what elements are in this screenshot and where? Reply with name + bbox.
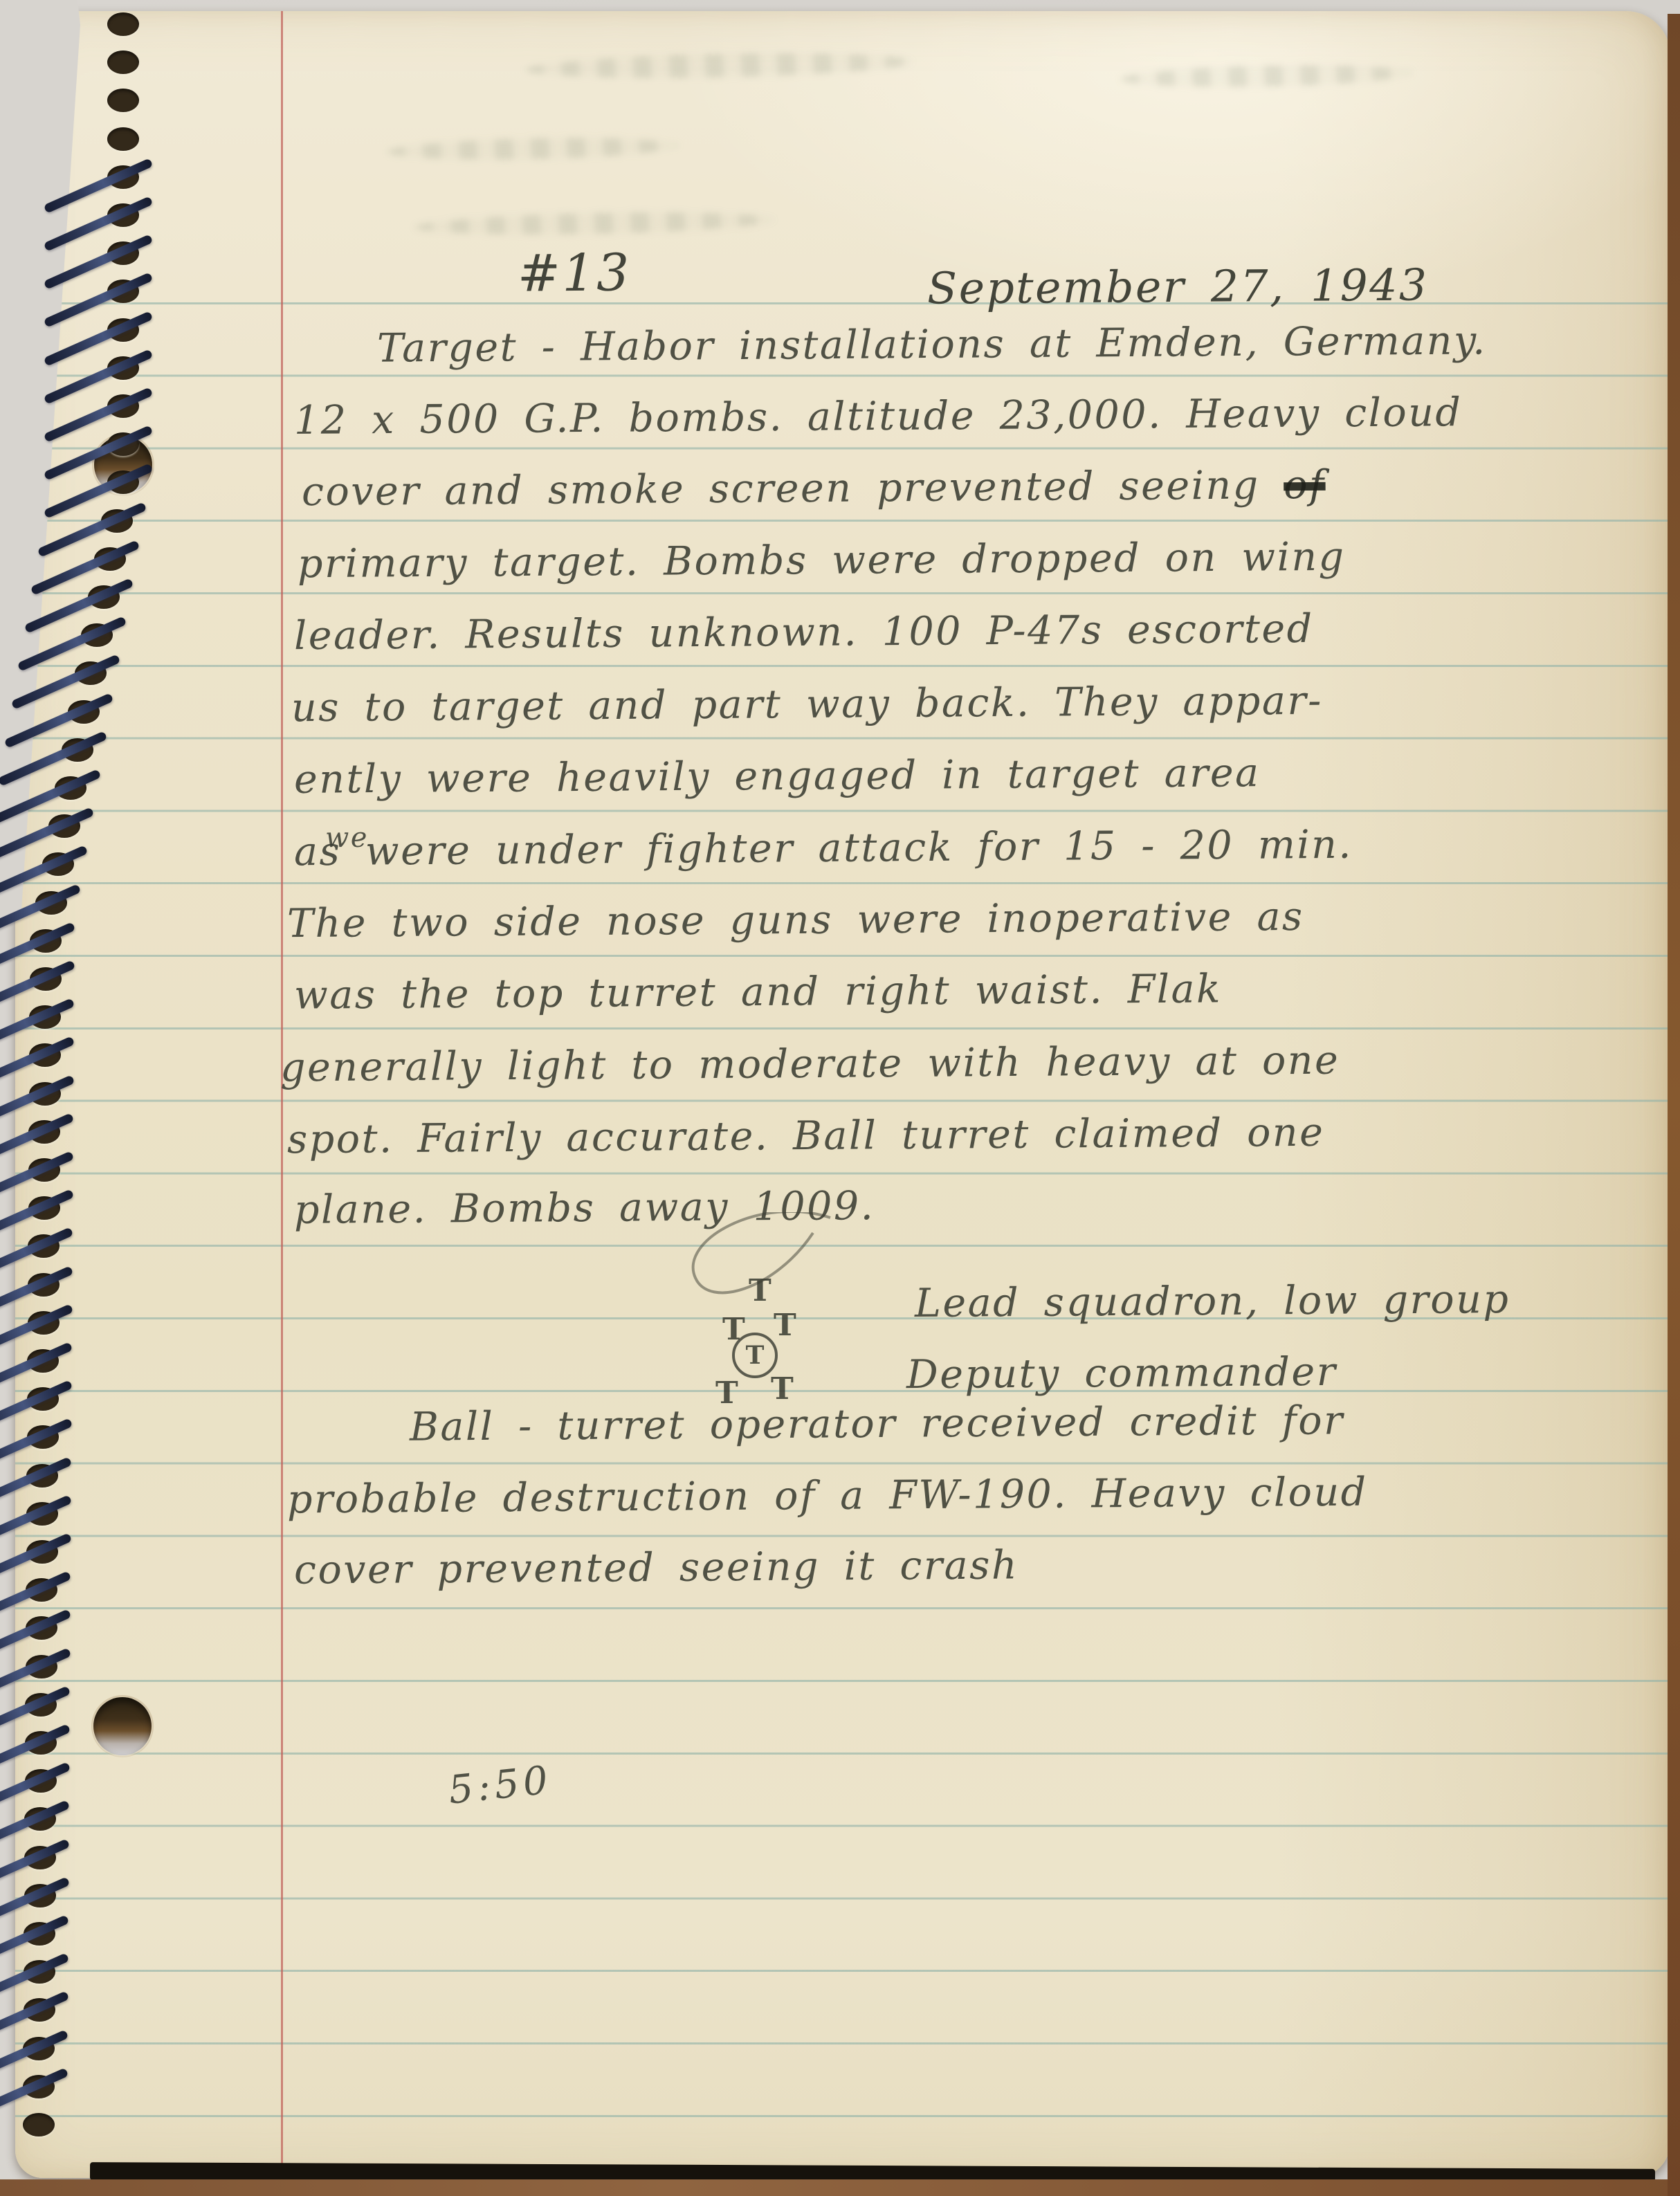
perforation-hole bbox=[23, 2113, 55, 2136]
perforation-hole bbox=[107, 51, 139, 74]
perforation-hole bbox=[107, 12, 139, 36]
spiral-binding bbox=[0, 0, 1680, 2196]
scanned-notebook-page: #13 September 27, 1943 Target - Habor in… bbox=[0, 0, 1680, 2196]
perforation-hole bbox=[107, 127, 139, 151]
perforation-hole bbox=[107, 89, 139, 112]
